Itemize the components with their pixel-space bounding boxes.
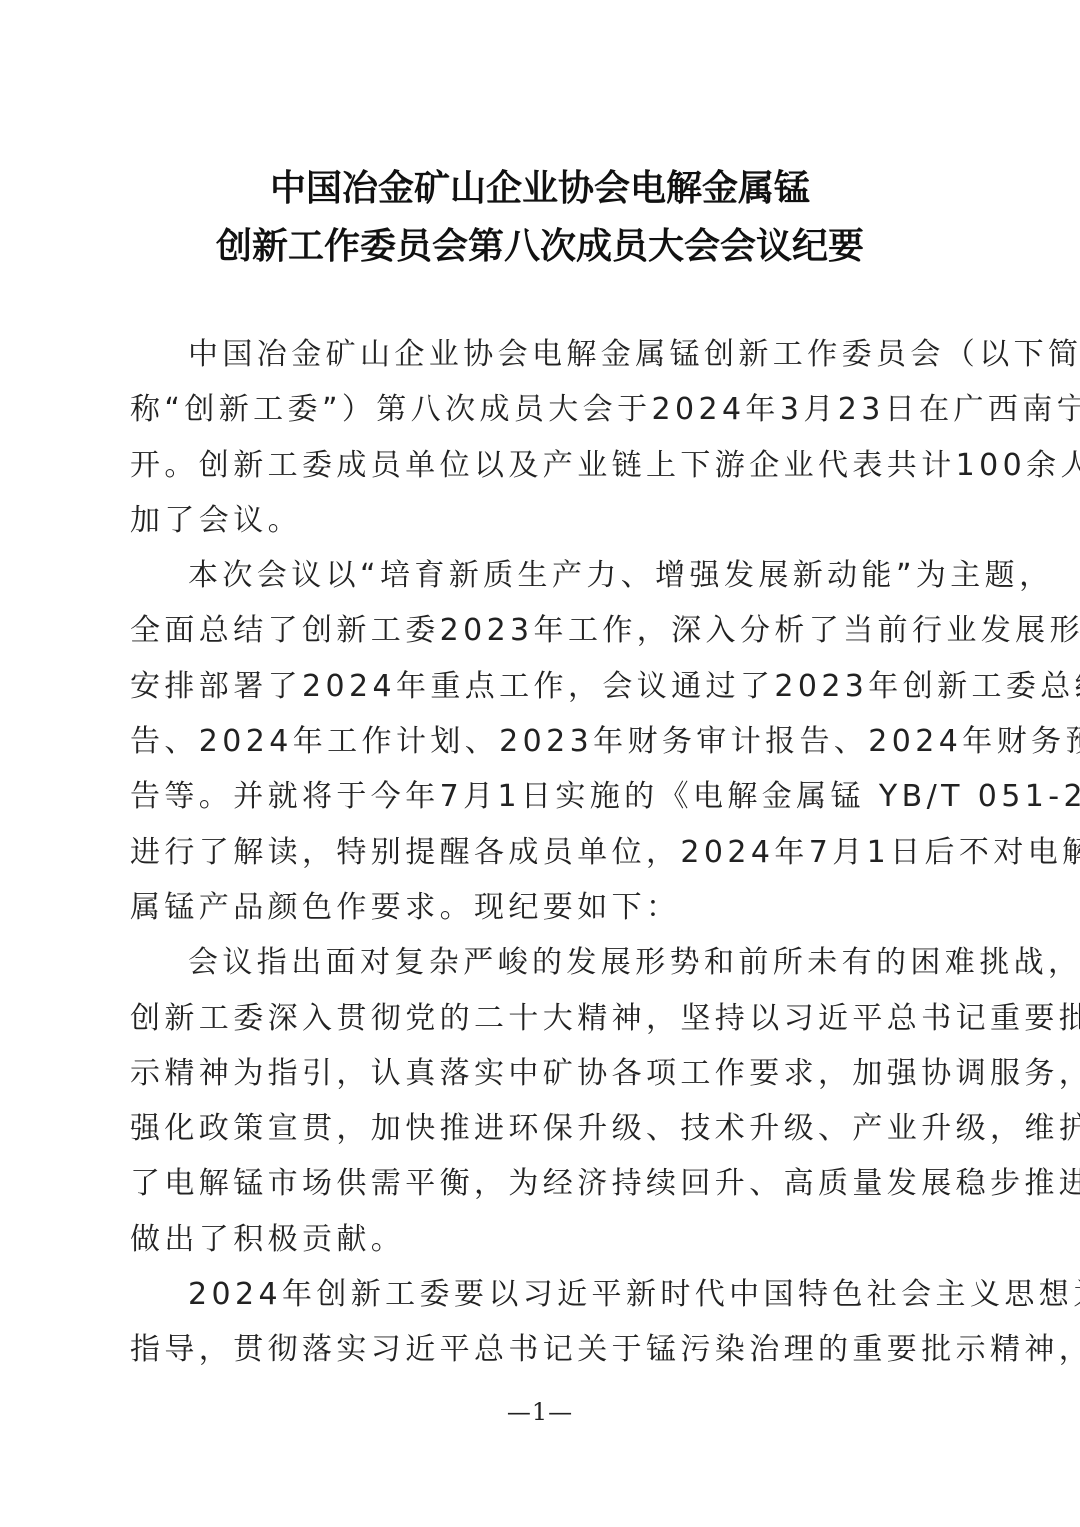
paragraph-line: 告、2024年工作计划、2023年财务审计报告、2024年财务预算报 [130, 719, 960, 774]
paragraph-line: 告等。并就将于今年7月1日实施的《电解金属锰 YB/T 051-2023》 [130, 774, 960, 829]
page-number: —1— [0, 1398, 1080, 1426]
paragraph-line: 强化政策宣贯，加快推进环保升级、技术升级、产业升级，维护 [130, 1106, 960, 1161]
paragraph-line: 全面总结了创新工委2023年工作，深入分析了当前行业发展形势， [130, 608, 960, 663]
paragraph-line: 称“创新工委”）第八次成员大会于2024年3月23日在广西南宁召 [130, 387, 960, 442]
paragraph-4: 2024年创新工委要以习近平新时代中国特色社会主义思想为 指导，贯彻落实习近平总… [130, 1272, 960, 1383]
paragraph-line: 本次会议以“培育新质生产力、增强发展新动能”为主题， [130, 553, 960, 608]
paragraph-line: 做出了积极贡献。 [130, 1217, 960, 1272]
paragraph-line: 会议指出面对复杂严峻的发展形势和前所未有的困难挑战， [130, 940, 960, 995]
paragraph-3: 会议指出面对复杂严峻的发展形势和前所未有的困难挑战， 创新工委深入贯彻党的二十大… [130, 940, 960, 1272]
document-title-line-1: 中国冶金矿山企业协会电解金属锰 [0, 160, 1080, 211]
document-page: 中国冶金矿山企业协会电解金属锰 创新工作委员会第八次成员大会会议纪要 中国冶金矿… [0, 0, 1080, 1527]
paragraph-2: 本次会议以“培育新质生产力、增强发展新动能”为主题， 全面总结了创新工委2023… [130, 553, 960, 940]
paragraph-line: 加了会议。 [130, 498, 960, 553]
paragraph-line: 示精神为指引，认真落实中矿协各项工作要求，加强协调服务， [130, 1051, 960, 1106]
paragraph-line: 属锰产品颜色作要求。现纪要如下： [130, 885, 960, 940]
document-title-line-2: 创新工作委员会第八次成员大会会议纪要 [0, 218, 1080, 269]
paragraph-line: 进行了解读，特别提醒各成员单位，2024年7月1日后不对电解金 [130, 830, 960, 885]
paragraph-1: 中国冶金矿山企业协会电解金属锰创新工作委员会（以下简 称“创新工委”）第八次成员… [130, 332, 960, 553]
paragraph-line: 开。创新工委成员单位以及产业链上下游企业代表共计100余人参 [130, 443, 960, 498]
paragraph-line: 2024年创新工委要以习近平新时代中国特色社会主义思想为 [130, 1272, 960, 1327]
paragraph-line: 中国冶金矿山企业协会电解金属锰创新工作委员会（以下简 [130, 332, 960, 387]
document-body: 中国冶金矿山企业协会电解金属锰创新工作委员会（以下简 称“创新工委”）第八次成员… [130, 332, 960, 1383]
paragraph-line: 指导，贯彻落实习近平总书记关于锰污染治理的重要批示精神， [130, 1327, 960, 1382]
paragraph-line: 了电解锰市场供需平衡，为经济持续回升、高质量发展稳步推进 [130, 1161, 960, 1216]
paragraph-line: 安排部署了2024年重点工作，会议通过了2023年创新工委总结报 [130, 664, 960, 719]
paragraph-line: 创新工委深入贯彻党的二十大精神，坚持以习近平总书记重要批 [130, 996, 960, 1051]
